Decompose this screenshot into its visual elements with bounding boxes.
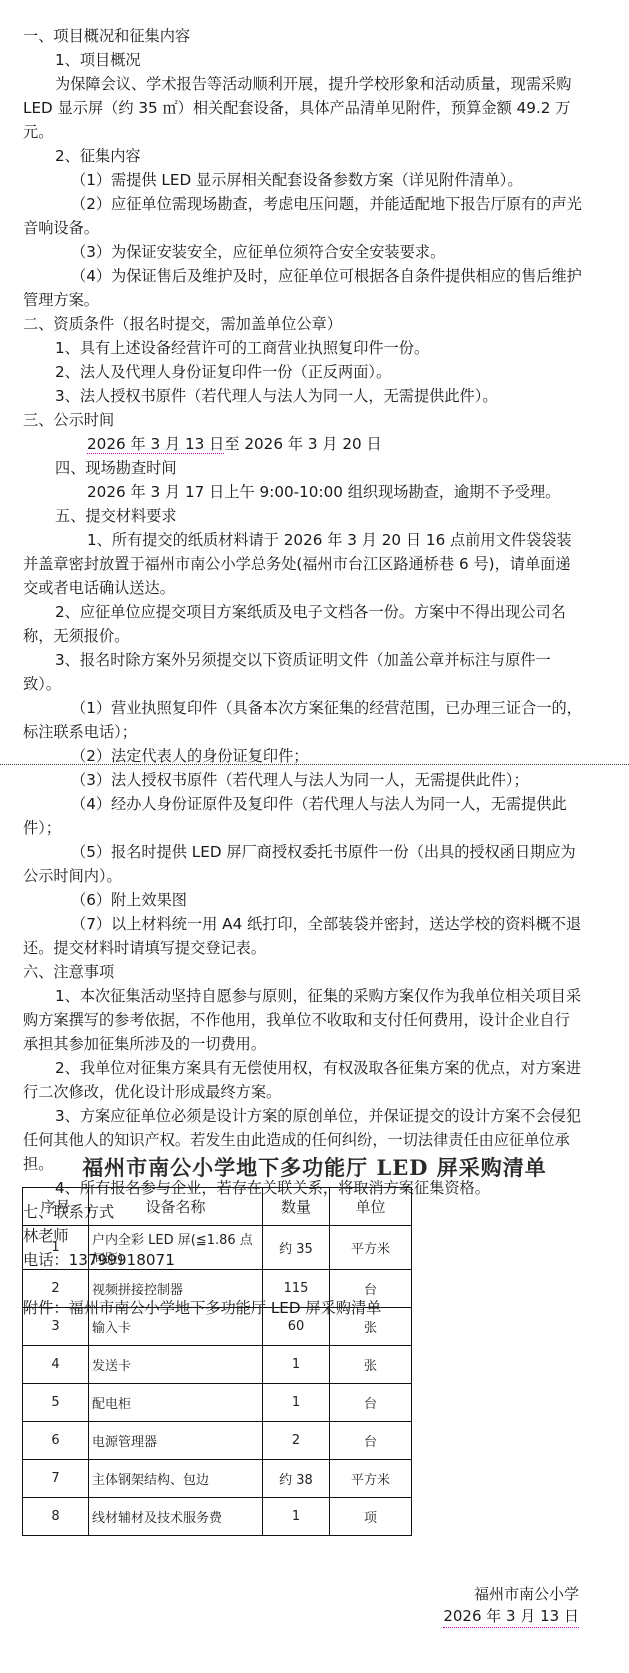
header-no: 序号 — [23, 1188, 89, 1226]
cell-no: 1 — [23, 1226, 89, 1270]
section-1-1-heading: 1、项目概况 — [23, 48, 583, 72]
table-row: 4 发送卡 1 张 — [23, 1346, 412, 1384]
cell-name: 发送卡 — [89, 1346, 263, 1384]
cell-qty: 1 — [263, 1346, 330, 1384]
section-5-heading: 五、提交材料要求 — [23, 504, 583, 528]
site-survey-time: 2026 年 3 月 17 日上午 9:00-10:00 组织现场勘查，逾期不予… — [23, 480, 583, 504]
cell-name: 线材辅材及技术服务费 — [89, 1498, 263, 1536]
qualification-item: 2、法人及代理人身份证复印件一份（正反两面）。 — [23, 360, 583, 384]
document-requirement: （1）营业执照复印件（具备本次方案征集的经营范围，已办理三证合一的，标注联系电话… — [23, 696, 583, 744]
table-header-row: 序号 设备名称 数量 单位 — [23, 1188, 412, 1226]
collection-item: （1）需提供 LED 显示屏相关配套设备参数方案（详见附件清单）。 — [23, 168, 583, 192]
section-3-heading: 三、公示时间 — [23, 408, 583, 432]
section-1-heading: 一、项目概况和征集内容 — [23, 24, 583, 48]
page-break-line — [0, 764, 629, 765]
section-2-heading: 二、资质条件（报名时提交，需加盖单位公章） — [23, 312, 583, 336]
section-1-2-heading: 2、征集内容 — [23, 144, 583, 168]
cell-name: 输入卡 — [89, 1308, 263, 1346]
section-1-1-body: 为保障会议、学术报告等活动顺利开展，提升学校形象和活动质量，现需采购 LED 显… — [23, 72, 583, 144]
cell-unit: 台 — [330, 1422, 412, 1460]
cell-unit: 平方米 — [330, 1460, 412, 1498]
document-requirement: （6）附上效果图 — [23, 888, 583, 912]
signature-date: 2026 年 3 月 13 日 — [443, 1605, 579, 1628]
publicity-end-date: 至 2026 年 3 月 20 日 — [224, 435, 381, 453]
qualification-item: 3、法人授权书原件（若代理人与法人为同一人，无需提供此件）。 — [23, 384, 583, 408]
cell-unit: 台 — [330, 1384, 412, 1422]
cell-no: 3 — [23, 1308, 89, 1346]
notice-item: 1、本次征集活动坚持自愿参与原则，征集的采购方案仅作为我单位相关项目采购方案撰写… — [23, 984, 583, 1056]
cell-no: 7 — [23, 1460, 89, 1498]
document-requirement: （7）以上材料统一用 A4 纸打印，全部装袋并密封，送达学校的资料概不退还。提交… — [23, 912, 583, 960]
procurement-table: 序号 设备名称 数量 单位 1 户内全彩 LED 屏(≦1.86 点间距) 约 … — [22, 1187, 412, 1536]
submission-item: 2、应征单位应提交项目方案纸质及电子文档各一份。方案中不得出现公司名称，无须报价… — [23, 600, 583, 648]
cell-name: 主体钢架结构、包边 — [89, 1460, 263, 1498]
cell-no: 5 — [23, 1384, 89, 1422]
cell-qty: 60 — [263, 1308, 330, 1346]
collection-item: （3）为保证安装安全，应征单位须符合安全安装要求。 — [23, 240, 583, 264]
cell-no: 6 — [23, 1422, 89, 1460]
table-row: 7 主体钢架结构、包边 约 38 平方米 — [23, 1460, 412, 1498]
section-6-heading: 六、注意事项 — [23, 960, 583, 984]
notice-item: 2、我单位对征集方案具有无偿使用权，有权汲取各征集方案的优点，对方案进行二次修改… — [23, 1056, 583, 1104]
table-row: 3 输入卡 60 张 — [23, 1308, 412, 1346]
cell-qty: 115 — [263, 1270, 330, 1308]
cell-unit: 台 — [330, 1270, 412, 1308]
signature-org: 福州市南公小学 — [443, 1583, 579, 1605]
cell-name: 户内全彩 LED 屏(≦1.86 点间距) — [89, 1226, 263, 1270]
submission-item: 3、报名时除方案外另须提交以下资质证明文件（加盖公章并标注与原件一致）。 — [23, 648, 583, 696]
table-row: 5 配电柜 1 台 — [23, 1384, 412, 1422]
cell-name: 视频拼接控制器 — [89, 1270, 263, 1308]
collection-item: （2）应征单位需现场勘查，考虑电压问题，并能适配地下报告厅原有的声光音响设备。 — [23, 192, 583, 240]
table-row: 1 户内全彩 LED 屏(≦1.86 点间距) 约 35 平方米 — [23, 1226, 412, 1270]
document-requirement: （5）报名时提供 LED 屏厂商授权委托书原件一份（出具的授权函日期应为公示时间… — [23, 840, 583, 888]
document-requirement: （4）经办人身份证原件及复印件（若代理人与法人为同一人，无需提供此件）； — [23, 792, 583, 840]
cell-name: 配电柜 — [89, 1384, 263, 1422]
table-row: 6 电源管理器 2 台 — [23, 1422, 412, 1460]
cell-qty: 约 38 — [263, 1460, 330, 1498]
submission-item: 1、所有提交的纸质材料请于 2026 年 3 月 20 日 16 点前用文件袋袋… — [23, 528, 583, 600]
table-row: 2 视频拼接控制器 115 台 — [23, 1270, 412, 1308]
header-qty: 数量 — [263, 1188, 330, 1226]
signature-block: 福州市南公小学 2026 年 3 月 13 日 — [443, 1583, 579, 1628]
cell-qty: 2 — [263, 1422, 330, 1460]
publicity-period: 2026 年 3 月 13 日至 2026 年 3 月 20 日 — [23, 432, 583, 456]
cell-no: 2 — [23, 1270, 89, 1308]
header-unit: 单位 — [330, 1188, 412, 1226]
document-body: 一、项目概况和征集内容 1、项目概况 为保障会议、学术报告等活动顺利开展，提升学… — [23, 24, 583, 1320]
table-row: 8 线材辅材及技术服务费 1 项 — [23, 1498, 412, 1536]
cell-qty: 1 — [263, 1384, 330, 1422]
cell-qty: 约 35 — [263, 1226, 330, 1270]
section-4-heading: 四、现场勘查时间 — [23, 456, 583, 480]
document-requirement: （3）法人授权书原件（若代理人与法人为同一人，无需提供此件）； — [23, 768, 583, 792]
collection-item: （4）为保证售后及维护及时，应征单位可根据各自条件提供相应的售后维护管理方案。 — [23, 264, 583, 312]
header-name: 设备名称 — [89, 1188, 263, 1226]
cell-no: 4 — [23, 1346, 89, 1384]
table-title: 福州市南公小学地下多功能厅 LED 屏采购清单 — [0, 1152, 629, 1182]
publicity-start-date: 2026 年 3 月 13 日 — [87, 435, 224, 454]
cell-unit: 平方米 — [330, 1226, 412, 1270]
qualification-item: 1、具有上述设备经营许可的工商营业执照复印件一份。 — [23, 336, 583, 360]
cell-unit: 张 — [330, 1308, 412, 1346]
cell-unit: 张 — [330, 1346, 412, 1384]
cell-name: 电源管理器 — [89, 1422, 263, 1460]
cell-unit: 项 — [330, 1498, 412, 1536]
cell-no: 8 — [23, 1498, 89, 1536]
cell-qty: 1 — [263, 1498, 330, 1536]
